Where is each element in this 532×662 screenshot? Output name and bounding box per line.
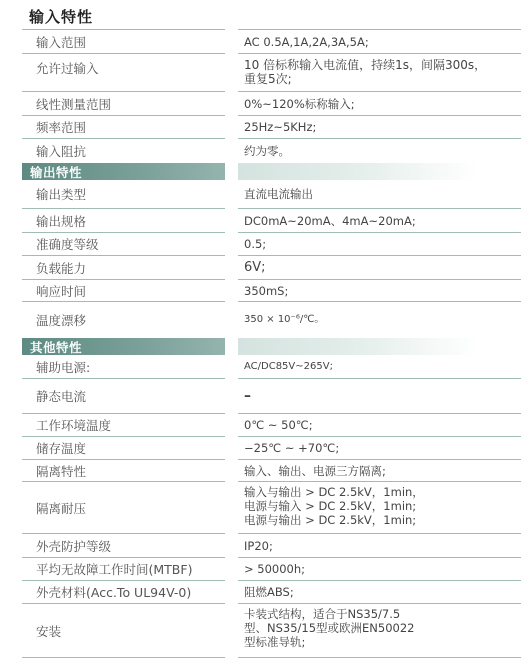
spec-row: 输出类型 直流电流输出 [0,180,532,209]
spec-row: 隔离耐压 输入与输出 > DC 2.5kV，1min， 电源与输入 > DC 2… [0,482,532,534]
spec-value: −25℃ ~ +70℃; [238,437,521,460]
spec-value: 25Hz~5KHz; [238,116,521,139]
spec-value: AC/DC85V~265V; [238,355,521,379]
spec-label: 隔离特性 [22,460,225,482]
spec-value: 输入与输出 > DC 2.5kV，1min， 电源与输入 > DC 2.5kV，… [238,482,521,534]
spec-row: 工作环境温度 0℃ ~ 50℃; [0,414,532,437]
spec-label: 输出类型 [22,180,225,209]
spec-row: 安装 卡装式结构，适合于NS35/7.5 型、NS35/15型或欧洲EN5002… [0,604,532,658]
spec-label: 静态电流 [22,379,225,414]
spec-row: 隔离特性 输入、输出、电源三方隔离; [0,460,532,482]
spec-value: 0℃ ~ 50℃; [238,414,521,437]
spec-row: 外壳材料(Acc.To UL94V-0) 阻燃ABS; [0,581,532,604]
spec-value: 约为零。 [238,139,521,163]
spec-value: 350mS; [238,280,521,302]
spec-label: 辅助电源: [22,355,225,379]
section-header-label: 输出特性 [22,163,225,180]
section-header-label: 其他特性 [22,338,225,355]
spec-row: 输出规格 DC0mA~20mA、4mA~20mA; [0,209,532,233]
spec-row: 平均无故障工作时间(MTBF) > 50000h; [0,558,532,581]
spec-label: 工作环境温度 [22,414,225,437]
spec-value: 阻燃ABS; [238,581,521,604]
spec-label: 准确度等级 [22,233,225,256]
spec-row: 允许过输入 10 倍标称输入电流值，持续1s，间隔300s， 重复5次; [0,54,532,92]
spec-value: DC0mA~20mA、4mA~20mA; [238,209,521,233]
spec-value: 0%~120%标称输入; [238,92,521,116]
section-header-other: 其他特性 [0,338,532,355]
spec-label: 储存温度 [22,437,225,460]
spec-label: 输入阻抗 [22,139,225,163]
spec-row: 输入阻抗 约为零。 [0,139,532,163]
spec-label: 频率范围 [22,116,225,139]
spec-label: 负载能力 [22,256,225,280]
spec-label: 温度漂移 [22,302,225,338]
spec-row: 辅助电源: AC/DC85V~265V; [0,355,532,379]
spec-label: 线性测量范围 [22,92,225,116]
spec-value: 6V; [238,256,521,280]
spec-row: 温度漂移 350 × 10⁻⁶/℃。 [0,302,532,338]
spec-row: 储存温度 −25℃ ~ +70℃; [0,437,532,460]
spec-value: IP20; [238,534,521,558]
spec-row: 输入范围 AC 0.5A,1A,2A,3A,5A; [0,29,532,54]
spec-value: AC 0.5A,1A,2A,3A,5A; [238,29,521,54]
spec-label: 外壳防护等级 [22,534,225,558]
spec-row: 准确度等级 0.5; [0,233,532,256]
spec-label: 输出规格 [22,209,225,233]
spec-value: > 50000h; [238,558,521,581]
section-header-output: 输出特性 [0,163,532,180]
spec-row: 负载能力 6V; [0,256,532,280]
spec-label: 平均无故障工作时间(MTBF) [22,558,225,581]
spec-value: 0.5; [238,233,521,256]
spec-row: 线性测量范围 0%~120%标称输入; [0,92,532,116]
spec-value: 350 × 10⁻⁶/℃。 [238,302,521,338]
spec-label: 输入范围 [22,29,225,54]
spec-label: 允许过输入 [22,54,225,92]
spec-value: 卡装式结构，适合于NS35/7.5 型、NS35/15型或欧洲EN50022 型… [238,604,521,658]
section-title-input: 输入特性 [29,6,93,27]
spec-value: 输入、输出、电源三方隔离; [238,460,521,482]
section-header-band [238,163,478,180]
spec-value: 直流电流输出 [238,180,521,209]
spec-row: 静态电流 – [0,379,532,414]
spec-label: 隔离耐压 [22,482,225,534]
spec-label: 外壳材料(Acc.To UL94V-0) [22,581,225,604]
spec-row: 频率范围 25Hz~5KHz; [0,116,532,139]
spec-label: 响应时间 [22,280,225,302]
spec-label: 安装 [22,604,225,658]
spec-value: – [238,379,521,414]
spec-row: 响应时间 350mS; [0,280,532,302]
section-header-band [238,338,478,355]
spec-row: 外壳防护等级 IP20; [0,534,532,558]
spec-value: 10 倍标称输入电流值，持续1s，间隔300s， 重复5次; [238,54,521,92]
